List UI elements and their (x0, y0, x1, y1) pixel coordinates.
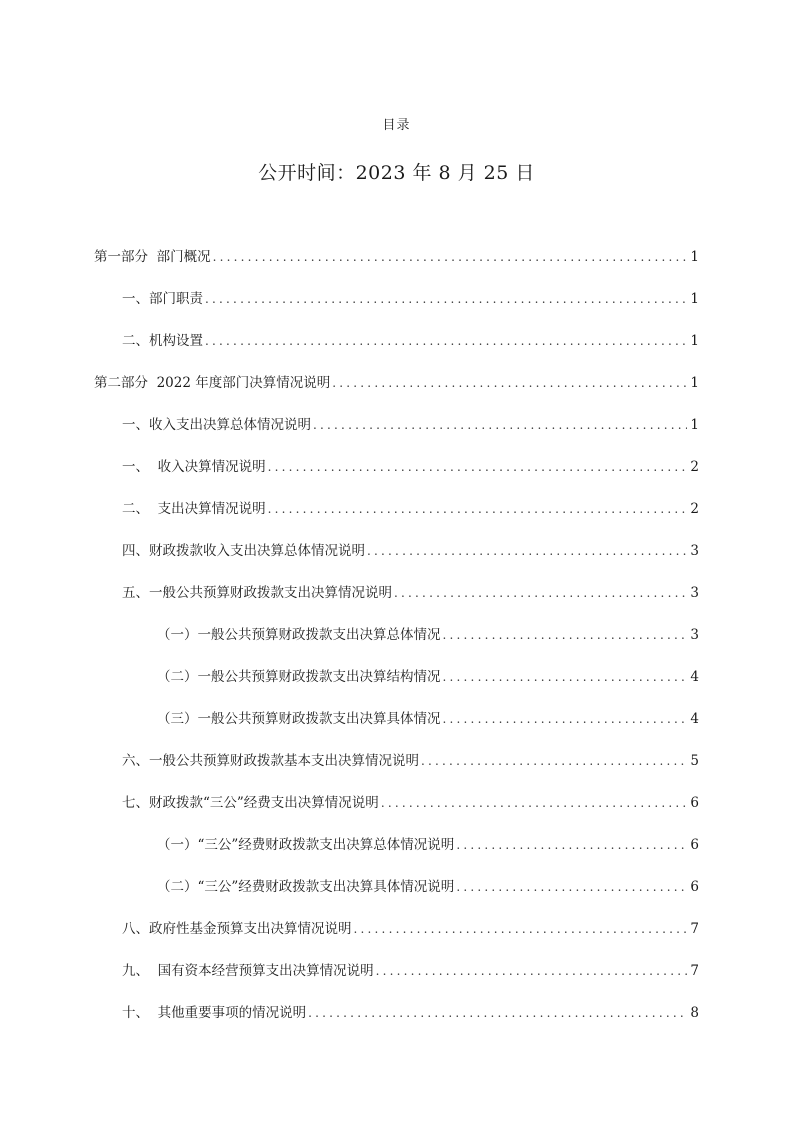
toc-entry[interactable]: 二、 支出决算情况说明 ............................… (122, 497, 699, 519)
toc-entry-page: 3 (687, 543, 699, 559)
toc-entry-page: 1 (687, 333, 699, 349)
dot-leader: ........................................… (268, 502, 688, 516)
toc-entry-label: 一、部门职责 (122, 287, 205, 307)
dot-leader: ........................................… (205, 334, 687, 348)
toc-entry-page: 1 (687, 249, 699, 265)
toc-entry-label: 六、一般公共预算财政拨款基本支出决算情况说明 (122, 749, 421, 769)
toc-entry[interactable]: 一、部门职责 .................................… (122, 287, 699, 309)
toc-entry[interactable]: 九、 国有资本经营预算支出决算情况说明 ....................… (122, 959, 699, 981)
toc-entry[interactable]: 一、收入支出决算总体情况说明 .........................… (122, 413, 699, 435)
publish-date: 公开时间：2023 年 8 月 25 日 (0, 158, 793, 185)
toc-entry[interactable]: （三）一般公共预算财政拨款支出决算具体情况 ..................… (157, 707, 699, 729)
toc-entry-page: 3 (687, 627, 699, 643)
toc-entry-label: 第二部分 2022 年度部门决算情况说明 (94, 371, 332, 391)
dot-leader: ........................................… (443, 670, 688, 684)
toc-entry-label: （三）一般公共预算财政拨款支出决算具体情况 (157, 707, 443, 727)
toc-heading: 目录 (0, 114, 793, 133)
dot-leader: ........................................… (421, 754, 687, 768)
toc-entry-page: 1 (687, 417, 699, 433)
toc-entry[interactable]: 第二部分 2022 年度部门决算情况说明 ...................… (94, 371, 699, 393)
toc-entry[interactable]: 六、一般公共预算财政拨款基本支出决算情况说明 .................… (122, 749, 699, 771)
dot-leader: ........................................… (376, 964, 688, 978)
dot-leader: ........................................… (443, 712, 688, 726)
dot-leader: ........................................… (332, 376, 687, 390)
toc-entry[interactable]: 八、政府性基金预算支出决算情况说明 ......................… (122, 917, 699, 939)
toc-entry-label: 五、一般公共预算财政拨款支出决算情况说明 (122, 581, 394, 601)
toc-entry-page: 6 (687, 879, 699, 895)
toc-entry[interactable]: 十、 其他重要事项的情况说明 .........................… (122, 1001, 699, 1023)
toc-entry-label: 第一部分 部门概况 (94, 245, 213, 265)
toc-entry-page: 6 (687, 837, 699, 853)
toc-entry-page: 2 (687, 459, 699, 475)
toc-entry-label: （一）“三公”经费财政拨款支出决算总体情况说明 (157, 833, 456, 853)
dot-leader: ........................................… (456, 880, 687, 894)
toc-entry-label: 八、政府性基金预算支出决算情况说明 (122, 917, 354, 937)
dot-leader: ........................................… (456, 838, 687, 852)
dot-leader: ........................................… (443, 628, 688, 642)
toc-entry-page: 2 (687, 501, 699, 517)
toc-entry-page: 4 (687, 711, 699, 727)
dot-leader: ........................................… (213, 250, 688, 264)
toc-entry-label: 二、 支出决算情况说明 (122, 497, 268, 517)
dot-leader: ........................................… (268, 460, 688, 474)
dot-leader: ........................................… (354, 922, 688, 936)
toc-entry-page: 3 (687, 585, 699, 601)
toc-entry-page: 1 (687, 375, 699, 391)
dot-leader: ........................................… (308, 1006, 687, 1020)
dot-leader: ........................................… (205, 292, 687, 306)
toc-entry[interactable]: （二）“三公”经费财政拨款支出决算具体情况说明 ................… (157, 875, 699, 897)
dot-leader: ........................................… (394, 586, 687, 600)
dot-leader: ........................................… (381, 796, 688, 810)
toc-entry-label: 十、 其他重要事项的情况说明 (122, 1001, 308, 1021)
toc-entry-label: 一、收入支出决算总体情况说明 (122, 413, 313, 433)
toc-entry-label: 一、 收入决算情况说明 (122, 455, 268, 475)
toc-entry[interactable]: （一）“三公”经费财政拨款支出决算总体情况说明 ................… (157, 833, 699, 855)
toc-entry[interactable]: （一）一般公共预算财政拨款支出决算总体情况 ..................… (157, 623, 699, 645)
toc-entry-page: 4 (687, 669, 699, 685)
dot-leader: ........................................… (313, 418, 687, 432)
toc-entry-page: 7 (687, 921, 699, 937)
toc-entry-label: 二、机构设置 (122, 329, 205, 349)
toc-entry-page: 6 (687, 795, 699, 811)
toc-entry-page: 8 (687, 1005, 699, 1021)
toc-entry[interactable]: 一、 收入决算情况说明 ............................… (122, 455, 699, 477)
toc-entry-label: （二）一般公共预算财政拨款支出决算结构情况 (157, 665, 443, 685)
toc-entry[interactable]: 五、一般公共预算财政拨款支出决算情况说明 ...................… (122, 581, 699, 603)
toc-entry[interactable]: （二）一般公共预算财政拨款支出决算结构情况 ..................… (157, 665, 699, 687)
toc-entry-label: 七、财政拨款“三公”经费支出决算情况说明 (122, 791, 381, 811)
toc-entry-label: 四、财政拨款收入支出决算总体情况说明 (122, 539, 367, 559)
toc-entry-page: 5 (687, 753, 699, 769)
toc-entry-page: 7 (687, 963, 699, 979)
toc-entry-page: 1 (687, 291, 699, 307)
toc-entry[interactable]: 四、财政拨款收入支出决算总体情况说明 .....................… (122, 539, 699, 561)
toc-entry[interactable]: 第一部分 部门概况 ..............................… (94, 245, 699, 267)
dot-leader: ........................................… (367, 544, 687, 558)
toc-entry-label: （二）“三公”经费财政拨款支出决算具体情况说明 (157, 875, 456, 895)
toc-entry[interactable]: 二、机构设置 .................................… (122, 329, 699, 351)
toc-entry-label: （一）一般公共预算财政拨款支出决算总体情况 (157, 623, 443, 643)
toc-entry-label: 九、 国有资本经营预算支出决算情况说明 (122, 959, 376, 979)
toc-entry[interactable]: 七、财政拨款“三公”经费支出决算情况说明 ...................… (122, 791, 699, 813)
